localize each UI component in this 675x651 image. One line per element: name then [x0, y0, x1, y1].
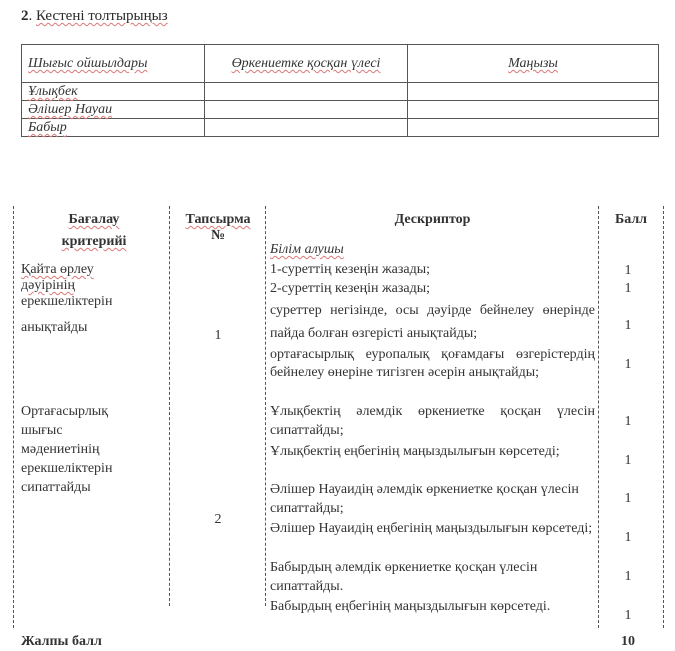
fill-table-header: Шығыс ойшылдары Өркениетке қосқан үлесі … — [22, 45, 659, 83]
criterion-line: ерекшеліктерін — [21, 294, 167, 310]
descriptor-header: Дескриптор — [270, 212, 595, 228]
score-5: 1 — [603, 414, 653, 430]
total-score: 10 — [603, 634, 653, 650]
significance-cell[interactable] — [408, 83, 659, 101]
task-instruction: Кестені толтырыңыз — [36, 8, 168, 24]
divider — [663, 206, 664, 628]
descriptor-7: Әлішер Науаидің әлемдік өркениетке қосқа… — [270, 480, 595, 518]
criterion-line: Қайта өрлеу — [21, 262, 167, 278]
criterion-line: ерекшеліктерін — [21, 461, 167, 477]
criterion-line: дәуірінің — [21, 278, 167, 294]
thinker-name: Ұлықбек — [28, 84, 78, 99]
task-number: 2 — [21, 8, 29, 24]
learner-label: Білім алушы — [270, 242, 595, 258]
thinker-name: Бабыр — [28, 120, 67, 135]
descriptor-2: 2-суреттің кезеңін жазады; — [270, 281, 595, 297]
task-header-line1: Тапсырма — [173, 212, 263, 228]
descriptor-9: Бабырдың әлемдік өркениетке қосқан үлесі… — [270, 558, 595, 596]
score-3: 1 — [603, 318, 653, 334]
criteria-header: Бағалау критерийі — [21, 212, 167, 250]
score-2: 1 — [603, 281, 653, 297]
descriptor-1: 1-суреттің кезеңін жазады; — [270, 262, 595, 278]
significance-cell[interactable] — [408, 119, 659, 137]
thinker-name: Әлішер Науаи — [28, 102, 112, 117]
header-contribution: Өркениетке қосқан үлесі — [232, 56, 381, 71]
score-header: Балл — [601, 212, 661, 228]
divider — [13, 206, 14, 628]
descriptor-4: ортағасырлық еуропалық қоғамдағы өзгеріс… — [270, 346, 595, 382]
score-8: 1 — [603, 530, 653, 546]
score-1: 1 — [603, 263, 653, 279]
criterion-line: шығыс — [21, 423, 167, 439]
criterion-line: сипаттайды — [21, 480, 167, 496]
fill-in-table: Шығыс ойшылдары Өркениетке қосқан үлесі … — [21, 44, 659, 137]
criterion-line: мәдениетінің — [21, 442, 167, 458]
table-row: Бабыр — [22, 119, 659, 137]
header-significance: Маңызы — [508, 56, 558, 71]
criterion-line: Ортағасырлық — [21, 404, 167, 420]
descriptor-5: Ұлықбектің әлемдік өркениетке қосқан үле… — [270, 402, 595, 440]
contribution-cell[interactable] — [205, 119, 408, 137]
descriptor-6: Ұлықбектің еңбегінің маңыздылығын көрсет… — [270, 442, 595, 461]
divider — [265, 206, 266, 606]
score-4: 1 — [603, 357, 653, 373]
task-number-header: Тапсырма № — [173, 212, 263, 244]
descriptor-10: Бабырдың еңбегінің маңыздылығын көрсетед… — [270, 597, 595, 616]
score-9: 1 — [603, 569, 653, 585]
criterion-1: Қайта өрлеу дәуірінің ерекшеліктерін аны… — [21, 262, 167, 336]
criterion-line: анықтайды — [21, 320, 167, 336]
descriptor-3: суреттер негізінде, осы дәуірде бейнелеу… — [270, 299, 595, 345]
contribution-cell[interactable] — [205, 83, 408, 101]
criteria-header-line1: Бағалау — [21, 212, 167, 228]
contribution-cell[interactable] — [205, 101, 408, 119]
task-header-line2: № — [173, 228, 263, 244]
criterion-2: Ортағасырлық шығыс мәдениетінің ерекшелі… — [21, 404, 167, 496]
header-eastern-thinkers: Шығыс ойшылдары — [28, 56, 147, 71]
score-7: 1 — [603, 491, 653, 507]
score-6: 1 — [603, 453, 653, 469]
task-title: 2. Кестені толтырыңыз — [21, 8, 168, 25]
criteria-header-line2: критерийі — [21, 234, 167, 250]
table-row: Ұлықбек — [22, 83, 659, 101]
task-number-2: 2 — [173, 512, 263, 528]
score-10: 1 — [603, 608, 653, 624]
table-row: Әлішер Науаи — [22, 101, 659, 119]
descriptor-8: Әлішер Науаидің еңбегінің маңыздылығын к… — [270, 519, 595, 538]
divider — [169, 206, 170, 606]
task-number-1: 1 — [173, 328, 263, 344]
total-label: Жалпы балл — [21, 634, 102, 650]
significance-cell[interactable] — [408, 101, 659, 119]
divider — [598, 206, 599, 628]
